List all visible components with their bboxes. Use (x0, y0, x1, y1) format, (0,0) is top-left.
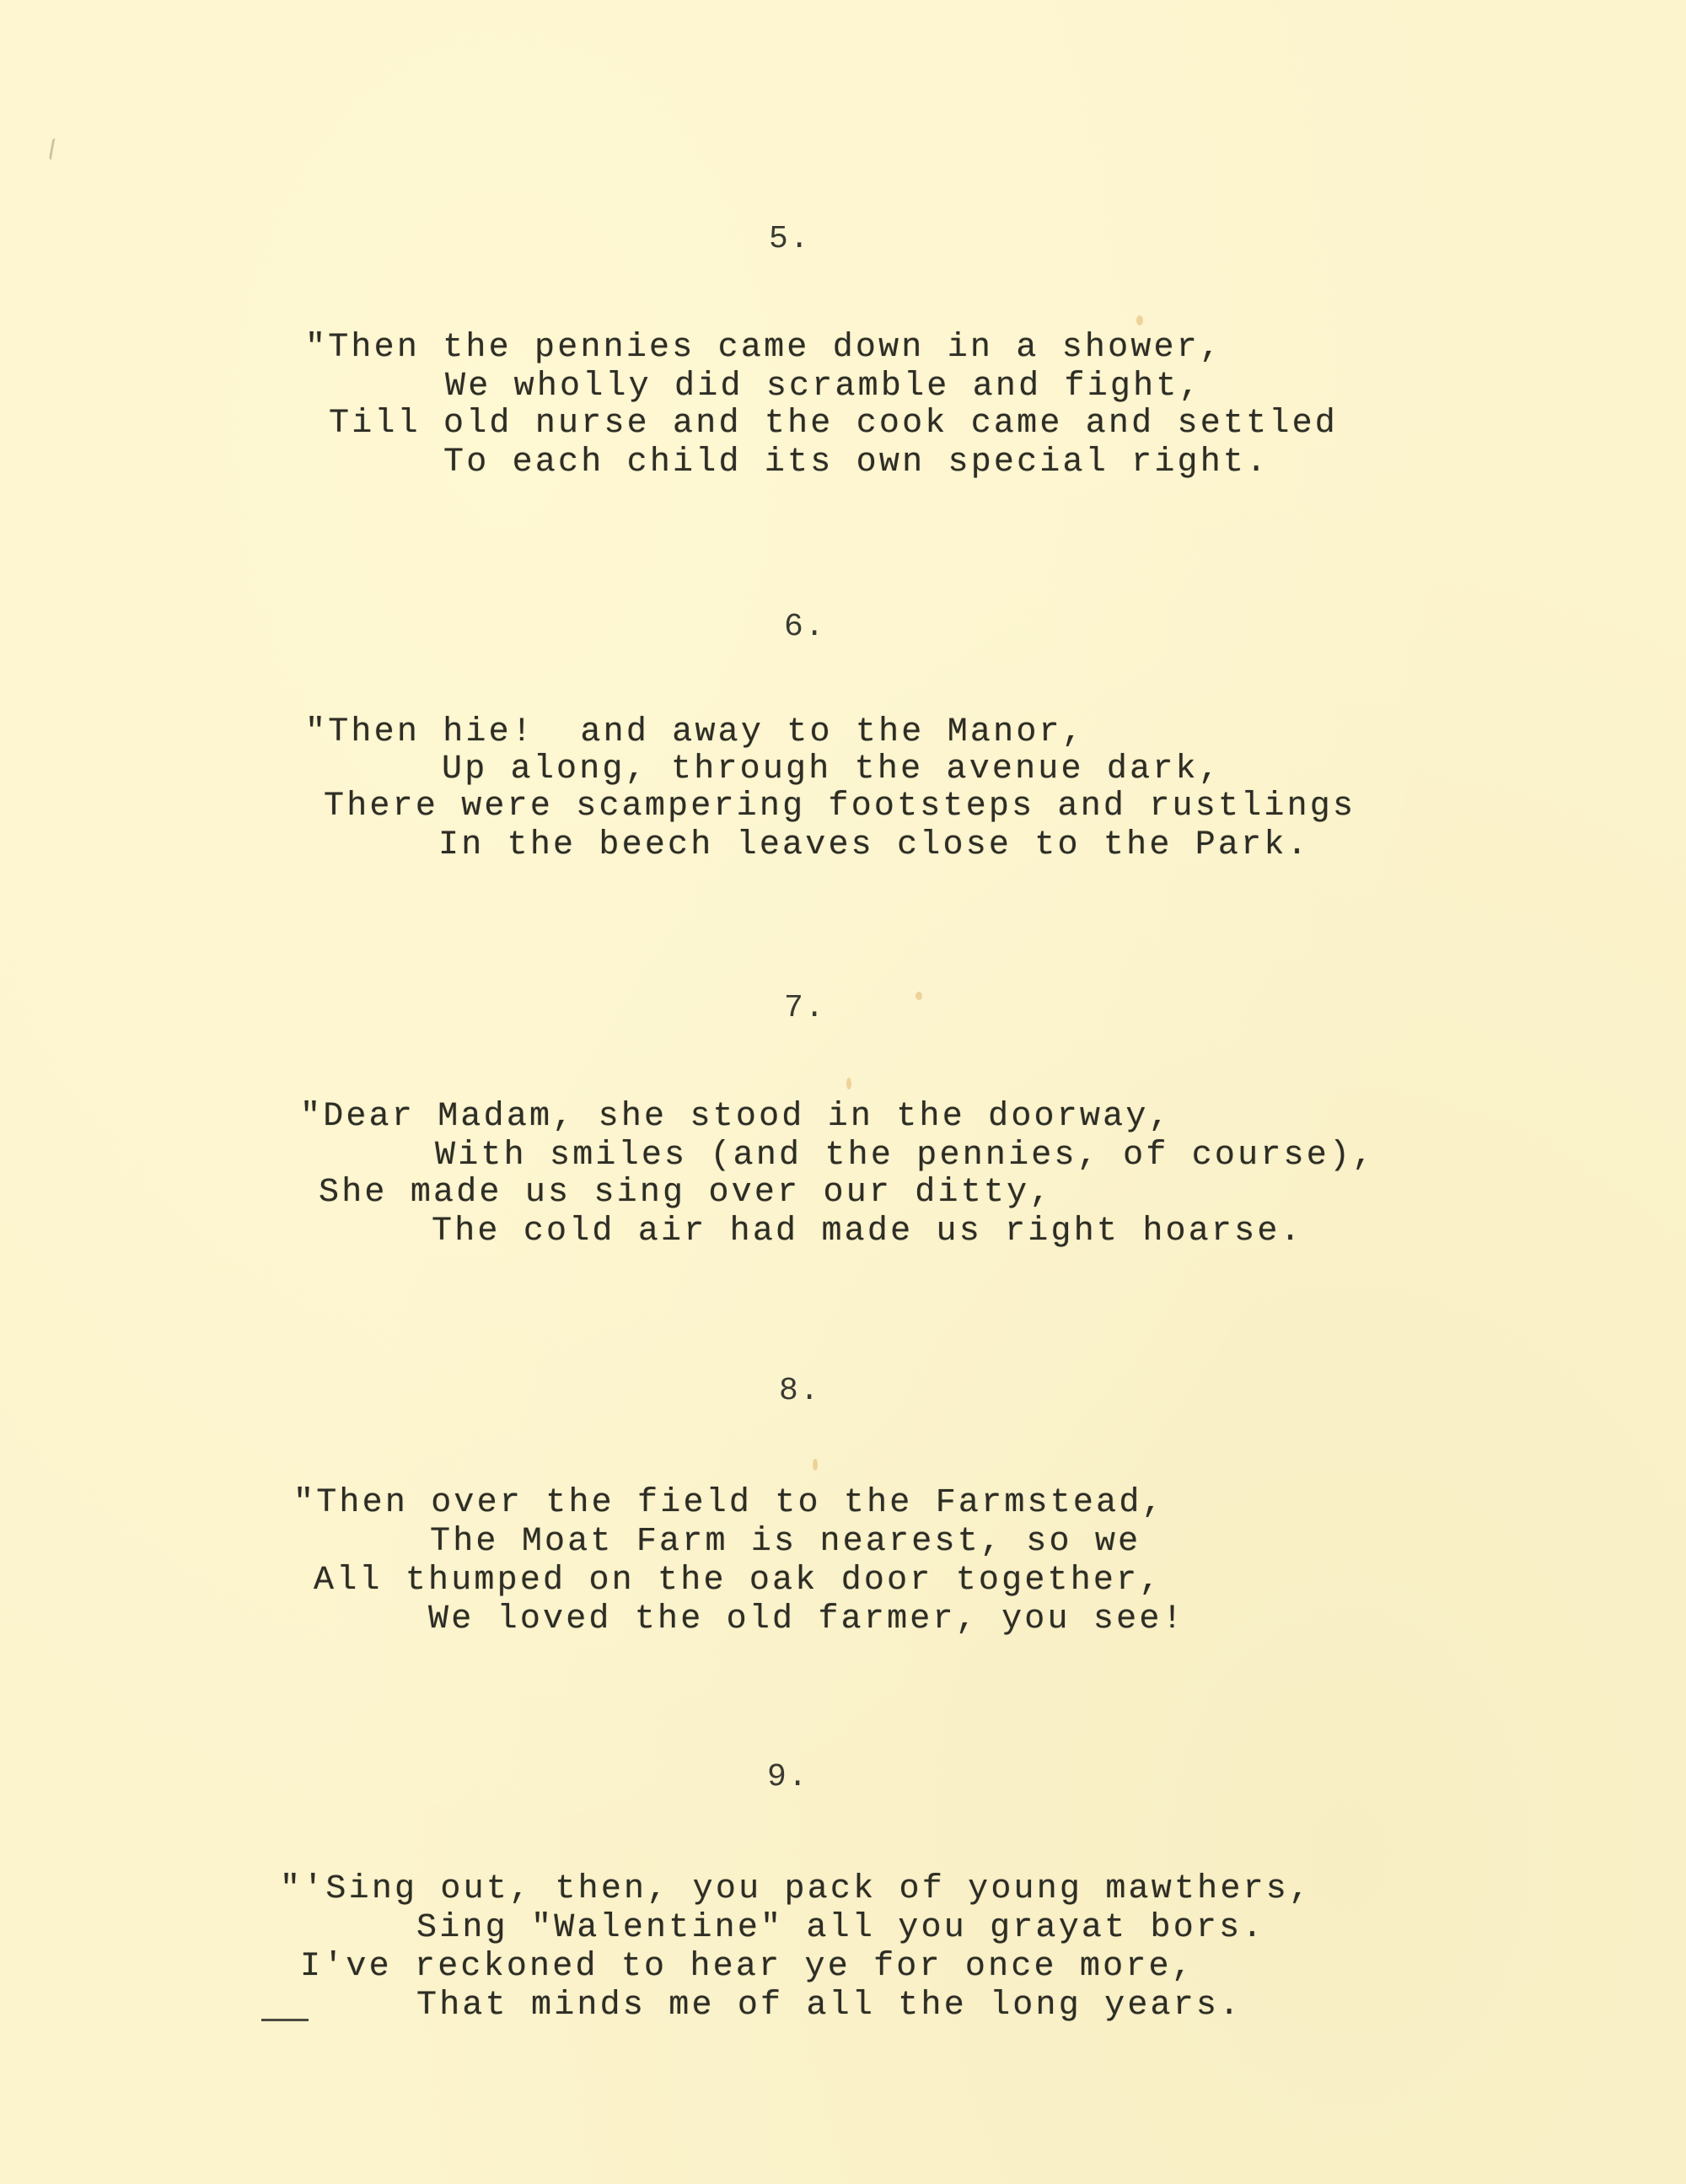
stanza-number: 6. (784, 609, 826, 645)
stanza-line: With smiles (and the pennies, of course)… (435, 1137, 1375, 1175)
pencil-mark (49, 138, 58, 161)
stanza-line: We loved the old farmer, you see! (428, 1600, 1185, 1638)
stanza-line: That minds me of all the long years. (416, 1987, 1242, 2025)
stanza-number: 9. (767, 1759, 809, 1795)
stanza-line: "Then the pennies came down in a shower, (305, 329, 1222, 367)
stanza-line: All thumped on the oak door together, (314, 1562, 1162, 1600)
foxing-spot (915, 992, 922, 1000)
stanza-line: "Dear Madam, she stood in the doorway, (300, 1098, 1172, 1136)
stanza-number: 8. (779, 1373, 821, 1409)
stanza-line: To each child its own special right. (443, 444, 1269, 481)
stanza-line: We wholly did scramble and fight, (445, 368, 1202, 406)
foxing-spot (846, 1078, 851, 1089)
foxing-spot (813, 1459, 818, 1471)
underline-mark (261, 2019, 309, 2021)
stanza-line: She made us sing over our ditty, (319, 1174, 1053, 1212)
typewritten-page: 5. "Then the pennies came down in a show… (0, 0, 1686, 2184)
foxing-spot (1136, 315, 1143, 325)
stanza-line: The Moat Farm is nearest, so we (430, 1523, 1141, 1561)
stanza-line: I've reckoned to hear ye for once more, (300, 1948, 1195, 1986)
stanza-line: There were scampering footsteps and rust… (324, 788, 1356, 826)
stanza-line: "Then over the field to the Farmstead, (293, 1484, 1165, 1522)
stanza-line: "'Sing out, then, you pack of young mawt… (280, 1870, 1312, 1908)
stanza-line: The cold air had made us right hoarse. (432, 1213, 1303, 1251)
stanza-line: In the beech leaves close to the Park. (438, 826, 1310, 864)
stanza-line: Sing "Walentine" all you grayat bors. (416, 1909, 1265, 1947)
stanza-line: Up along, through the avenue dark, (442, 750, 1222, 788)
stanza-number: 5. (769, 221, 811, 257)
stanza-line: Till old nurse and the cook came and set… (329, 405, 1338, 443)
stanza-line: "Then hie! and away to the Manor, (305, 713, 1085, 751)
stanza-number: 7. (784, 990, 826, 1026)
